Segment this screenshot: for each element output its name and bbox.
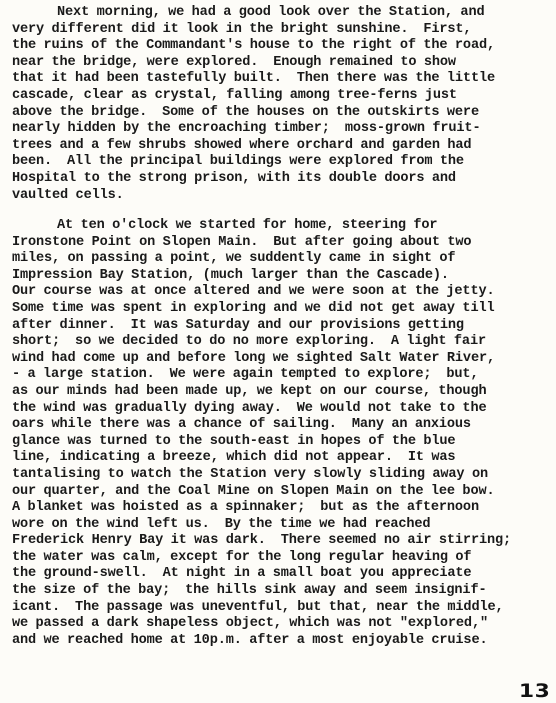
text-line: as our minds had been made up, we kept o… — [12, 384, 511, 401]
text-line: and we reached home at 10p.m. after a mo… — [12, 633, 511, 650]
text-line: trees and a few shrubs showed where orch… — [12, 138, 495, 155]
text-line: nearly hidden by the encroaching timber;… — [12, 121, 495, 138]
text-line: Ironstone Point on Slopen Main. But afte… — [12, 235, 511, 252]
text-line: Impression Bay Station, (much larger tha… — [12, 268, 511, 285]
page-number: 13 — [518, 680, 550, 702]
text-line: that it had been tastefully built. Then … — [12, 71, 495, 88]
text-line: tantalising to watch the Station very sl… — [12, 467, 511, 484]
text-line: cascade, clear as crystal, falling among… — [12, 88, 495, 105]
text-line: near the bridge, were explored. Enough r… — [12, 55, 495, 72]
text-line: Next morning, we had a good look over th… — [12, 5, 495, 22]
text-line: we passed a dark shapeless object, which… — [12, 616, 511, 633]
text-line: the wind was gradually dying away. We wo… — [12, 401, 511, 418]
text-line: - a large station. We were again tempted… — [12, 367, 511, 384]
text-line: short; so we decided to do no more explo… — [12, 334, 511, 351]
text-line: oars while there was a chance of sailing… — [12, 417, 511, 434]
text-line: our quarter, and the Coal Mine on Slopen… — [12, 484, 511, 501]
text-line: A blanket was hoisted as a spinnaker; bu… — [12, 500, 511, 517]
text-line: been. All the principal buildings were e… — [12, 154, 495, 171]
text-line: after dinner. It was Saturday and our pr… — [12, 318, 511, 335]
text-line: Frederick Henry Bay it was dark. There s… — [12, 533, 511, 550]
text-line: miles, on passing a point, we suddently … — [12, 251, 511, 268]
paragraph-station-exploration: Next morning, we had a good look over th… — [12, 5, 495, 204]
text-line: above the bridge. Some of the houses on … — [12, 105, 495, 122]
text-line: Hospital to the strong prison, with its … — [12, 171, 495, 188]
text-line: glance was turned to the south-east in h… — [12, 434, 511, 451]
text-line: very different did it look in the bright… — [12, 22, 495, 39]
text-line: the ground-swell. At night in a small bo… — [12, 566, 511, 583]
text-line: wind had come up and before long we sigh… — [12, 351, 511, 368]
text-line: wore on the wind left us. By the time we… — [12, 517, 511, 534]
paragraph-voyage-home: At ten o'clock we started for home, stee… — [12, 218, 511, 649]
text-line: vaulted cells. — [12, 188, 495, 205]
text-line: line, indicating a breeze, which did not… — [12, 450, 511, 467]
text-line: Some time was spent in exploring and we … — [12, 301, 511, 318]
text-line: At ten o'clock we started for home, stee… — [12, 218, 511, 235]
document-page: Next morning, we had a good look over th… — [0, 0, 556, 703]
text-line: the size of the bay; the hills sink away… — [12, 583, 511, 600]
text-line: icant. The passage was uneventful, but t… — [12, 600, 511, 617]
text-line: Our course was at once altered and we we… — [12, 284, 511, 301]
text-line: the ruins of the Commandant's house to t… — [12, 38, 495, 55]
text-line: the water was calm, except for the long … — [12, 550, 511, 567]
